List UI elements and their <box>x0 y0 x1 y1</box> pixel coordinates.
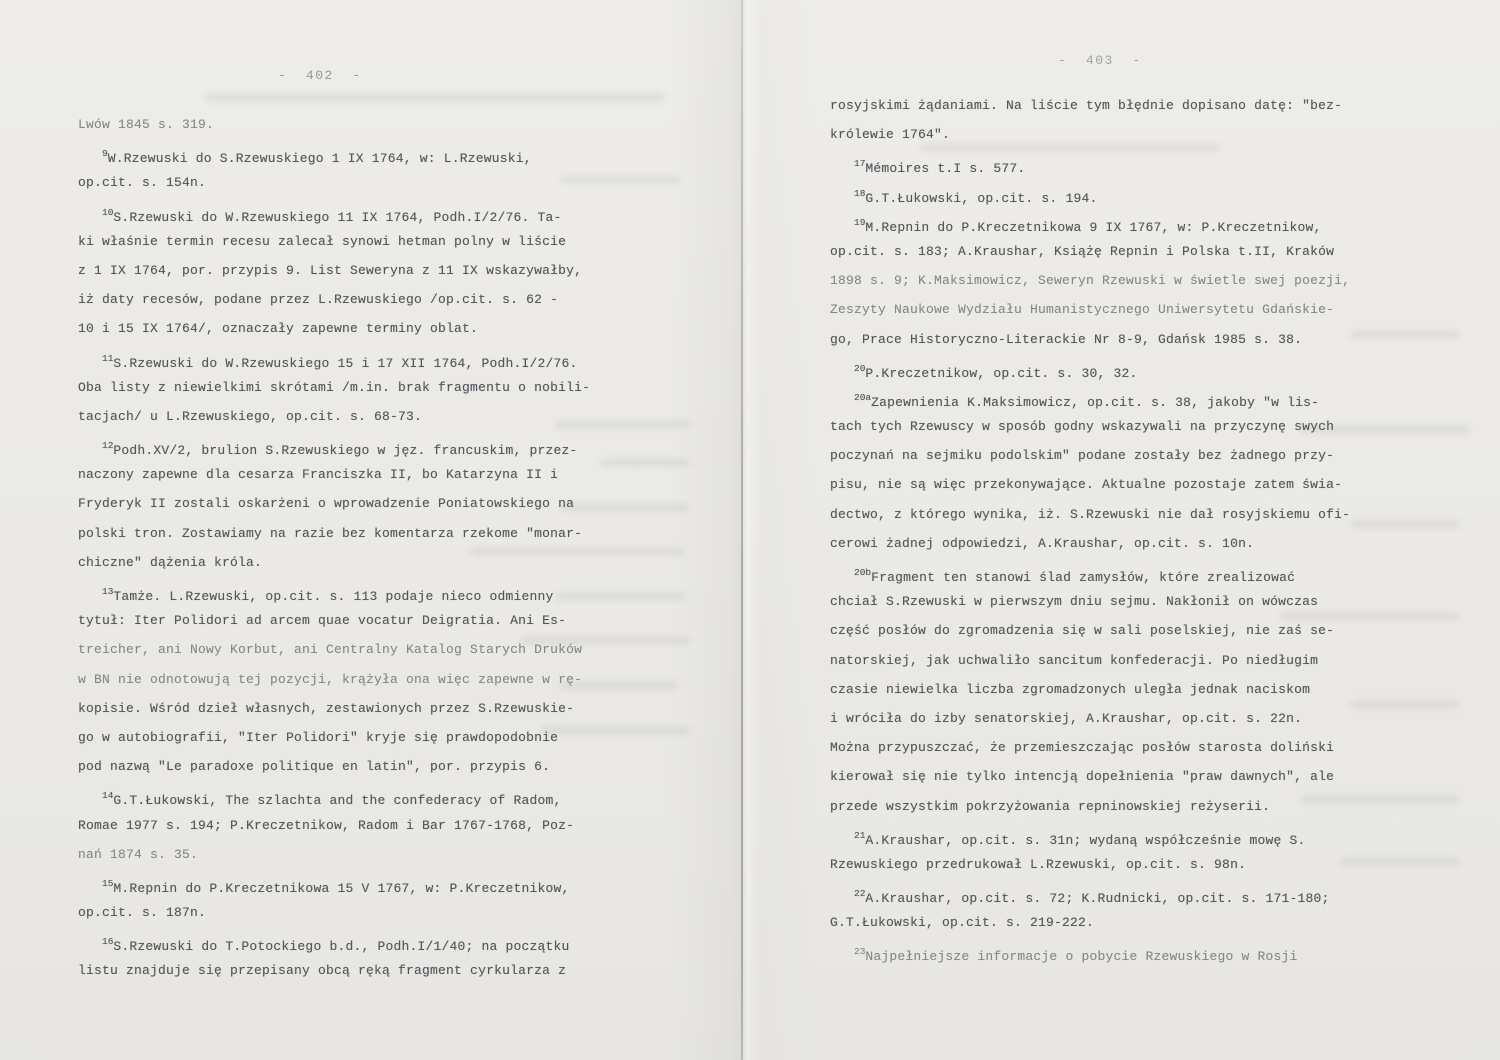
text-line: Można przypuszczać, że przemieszczając p… <box>830 733 1350 762</box>
text-line: 21A.Kraushar, op.cit. s. 31n; wydaną wsp… <box>830 821 1350 850</box>
text-line: Lwów 1845 s. 319. <box>78 110 590 139</box>
line-text: M.Repnin do P.Kreczetnikowa 15 V 1767, w… <box>113 881 569 896</box>
text-line: 15M.Repnin do P.Kreczetnikowa 15 V 1767,… <box>78 869 590 898</box>
line-text: op.cit. s. 187n. <box>78 905 206 920</box>
bleedthrough-smudge <box>1340 857 1460 866</box>
line-text: dectwo, z którego wynika, iż. S.Rzewuski… <box>830 507 1350 522</box>
line-text: tytuł: Iter Polidori ad arcem quae vocat… <box>78 613 566 628</box>
line-text: kopisie. Wśród dzieł własnych, zestawion… <box>78 701 574 716</box>
line-text: przede wszystkim pokrzyżowania repninows… <box>830 799 1270 814</box>
line-text: chiczne" dążenia króla. <box>78 555 262 570</box>
footnote-number: 20 <box>854 363 865 374</box>
text-line: 14G.T.Łukowski, The szlachta and the con… <box>78 781 590 810</box>
text-line: tach tych Rzewuscy w sposób godny wskazy… <box>830 412 1350 441</box>
line-text: Lwów 1845 s. 319. <box>78 117 214 132</box>
text-line: 20P.Kreczetnikow, op.cit. s. 30, 32. <box>830 354 1350 383</box>
line-text: M.Repnin do P.Kreczetnikowa 9 IX 1767, w… <box>865 220 1321 235</box>
text-line: op.cit. s. 187n. <box>78 898 590 927</box>
text-line: nań 1874 s. 35. <box>78 840 590 869</box>
page-fold-line <box>741 0 743 1060</box>
footnote-number: 23 <box>854 946 865 957</box>
book-scan: - 402 - - 403 - Lwów 1845 s. 319.9W.Rzew… <box>0 0 1500 1060</box>
text-line: pisu, nie są więc przekonywające. Aktual… <box>830 470 1350 499</box>
line-text: Podh.XV/2, brulion S.Rzewuskiego w jęz. … <box>113 443 577 458</box>
line-text: S.Rzewuski do T.Potockiego b.d., Podh.I/… <box>113 939 569 954</box>
line-text: 10 i 15 IX 1764/, oznaczały zapewne term… <box>78 321 478 336</box>
line-text: ki właśnie termin recesu zalecał synowi … <box>78 234 566 249</box>
bleedthrough-smudge <box>1350 330 1460 339</box>
line-text: Zapewnienia K.Maksimowicz, op.cit. s. 38… <box>871 395 1319 410</box>
text-line: 19M.Repnin do P.Kreczetnikowa 9 IX 1767,… <box>830 208 1350 237</box>
line-text: op.cit. s. 154n. <box>78 175 206 190</box>
footnote-number: 17 <box>854 158 865 169</box>
footnote-number: 11 <box>102 353 113 364</box>
text-line: naczony zapewne dla cesarza Franciszka I… <box>78 460 590 489</box>
footnote-number: 12 <box>102 440 113 451</box>
line-text: S.Rzewuski do W.Rzewuskiego 15 i 17 XII … <box>113 356 577 371</box>
line-text: A.Kraushar, op.cit. s. 72; K.Rudnicki, o… <box>865 891 1329 906</box>
footnote-number: 20b <box>854 567 871 578</box>
line-text: chciał S.Rzewuski w pierwszym dniu sejmu… <box>830 594 1318 609</box>
line-text: królewie 1764". <box>830 127 950 142</box>
text-line: poczynań na sejmiku podolskim" podane zo… <box>830 441 1350 470</box>
line-text: 1898 s. 9; K.Maksimowicz, Seweryn Rzewus… <box>830 273 1350 288</box>
line-text: Mémoires t.I s. 577. <box>865 161 1025 176</box>
line-text: pod nazwą "Le paradoxe politique en lati… <box>78 759 550 774</box>
text-line: op.cit. s. 154n. <box>78 168 590 197</box>
line-text: Rzewuskiego przedrukował L.Rzewuski, op.… <box>830 857 1246 872</box>
text-line: G.T.Łukowski, op.cit. s. 219-222. <box>830 908 1350 937</box>
text-line: 23Najpełniejsze informacje o pobycie Rze… <box>830 937 1350 966</box>
line-text: go w autobiografii, "Iter Polidori" kryj… <box>78 730 558 745</box>
text-line: cerowi żadnej odpowiedzi, A.Kraushar, op… <box>830 529 1350 558</box>
line-text: A.Kraushar, op.cit. s. 31n; wydaną współ… <box>865 833 1305 848</box>
bleedthrough-smudge <box>1350 700 1460 709</box>
text-line: 20bFragment ten stanowi ślad zamysłów, k… <box>830 558 1350 587</box>
text-line: pod nazwą "Le paradoxe politique en lati… <box>78 752 590 781</box>
text-line: królewie 1764". <box>830 120 1350 149</box>
line-text: S.Rzewuski do W.Rzewuskiego 11 IX 1764, … <box>113 210 561 225</box>
line-text: nań 1874 s. 35. <box>78 847 198 862</box>
line-text: naczony zapewne dla cesarza Franciszka I… <box>78 467 558 482</box>
line-text: w BN nie odnotowują tej pozycji, krążyła… <box>78 672 582 687</box>
text-line: 1898 s. 9; K.Maksimowicz, Seweryn Rzewus… <box>830 266 1350 295</box>
line-text: Najpełniejsze informacje o pobycie Rzewu… <box>865 949 1297 964</box>
line-text: Zeszyty Naukowe Wydziału Humanistycznego… <box>830 302 1334 317</box>
text-line: Oba listy z niewielkimi skrótami /m.in. … <box>78 373 590 402</box>
text-line: dectwo, z którego wynika, iż. S.Rzewuski… <box>830 500 1350 529</box>
line-text: Fragment ten stanowi ślad zamysłów, któr… <box>871 570 1295 585</box>
text-line: 10 i 15 IX 1764/, oznaczały zapewne term… <box>78 314 590 343</box>
text-line: treicher, ani Nowy Korbut, ani Centralny… <box>78 635 590 664</box>
line-text: tach tych Rzewuscy w sposób godny wskazy… <box>830 419 1334 434</box>
text-line: czasie niewielka liczba zgromadzonych ul… <box>830 675 1350 704</box>
line-text: tacjach/ u L.Rzewuskiego, op.cit. s. 68-… <box>78 409 422 424</box>
right-page-text-block: rosyjskimi żądaniami. Na liście tym błęd… <box>830 91 1350 967</box>
line-text: G.T.Łukowski, The szlachta and the confe… <box>113 793 561 808</box>
line-text: G.T.Łukowski, op.cit. s. 194. <box>865 191 1097 206</box>
line-text: polski tron. Zostawiamy na razie bez kom… <box>78 526 582 541</box>
text-line: polski tron. Zostawiamy na razie bez kom… <box>78 519 590 548</box>
text-line: natorskiej, jak uchwaliło sancitum konfe… <box>830 646 1350 675</box>
text-line: Fryderyk II zostali oskarżeni o wprowadz… <box>78 489 590 518</box>
text-line: go w autobiografii, "Iter Polidori" kryj… <box>78 723 590 752</box>
page-number-right: - 403 - <box>1058 53 1142 68</box>
text-line: 20aZapewnienia K.Maksimowicz, op.cit. s.… <box>830 383 1350 412</box>
line-text: natorskiej, jak uchwaliło sancitum konfe… <box>830 653 1318 668</box>
line-text: Można przypuszczać, że przemieszczając p… <box>830 740 1334 755</box>
text-line: 11S.Rzewuski do W.Rzewuskiego 15 i 17 XI… <box>78 344 590 373</box>
line-text: kierował się nie tylko intencją dopełnie… <box>830 769 1334 784</box>
text-line: iż daty recesów, podane przez L.Rzewuski… <box>78 285 590 314</box>
line-text: cerowi żadnej odpowiedzi, A.Kraushar, op… <box>830 536 1254 551</box>
text-line: przede wszystkim pokrzyżowania repninows… <box>830 792 1350 821</box>
line-text: Romae 1977 s. 194; P.Kreczetnikow, Radom… <box>78 818 574 833</box>
line-text: go, Prace Historyczno-Literackie Nr 8-9,… <box>830 332 1302 347</box>
line-text: treicher, ani Nowy Korbut, ani Centralny… <box>78 642 582 657</box>
line-text: pisu, nie są więc przekonywające. Aktual… <box>830 477 1342 492</box>
page-number-left: - 402 - <box>278 68 362 83</box>
footnote-number: 19 <box>854 217 865 228</box>
text-line: Romae 1977 s. 194; P.Kreczetnikow, Radom… <box>78 811 590 840</box>
text-line: 13Tamże. L.Rzewuski, op.cit. s. 113 poda… <box>78 577 590 606</box>
footnote-number: 18 <box>854 188 865 199</box>
line-text: rosyjskimi żądaniami. Na liście tym błęd… <box>830 98 1342 113</box>
text-line: i wróciła do izby senatorskiej, A.Kraush… <box>830 704 1350 733</box>
line-text: część posłów do zgromadzenia się w sali … <box>830 623 1334 638</box>
text-line: rosyjskimi żądaniami. Na liście tym błęd… <box>830 91 1350 120</box>
text-line: część posłów do zgromadzenia się w sali … <box>830 616 1350 645</box>
text-line: chciał S.Rzewuski w pierwszym dniu sejmu… <box>830 587 1350 616</box>
line-text: poczynań na sejmiku podolskim" podane zo… <box>830 448 1334 463</box>
text-line: kierował się nie tylko intencją dopełnie… <box>830 762 1350 791</box>
footnote-number: 20a <box>854 392 871 403</box>
line-text: czasie niewielka liczba zgromadzonych ul… <box>830 682 1310 697</box>
line-text: iż daty recesów, podane przez L.Rzewuski… <box>78 292 558 307</box>
text-line: 22A.Kraushar, op.cit. s. 72; K.Rudnicki,… <box>830 879 1350 908</box>
left-page-text-block: Lwów 1845 s. 319.9W.Rzewuski do S.Rzewus… <box>78 110 590 986</box>
text-line: kopisie. Wśród dzieł własnych, zestawion… <box>78 694 590 723</box>
line-text: i wróciła do izby senatorskiej, A.Kraush… <box>830 711 1302 726</box>
text-line: go, Prace Historyczno-Literackie Nr 8-9,… <box>830 325 1350 354</box>
text-line: z 1 IX 1764, por. przypis 9. List Sewery… <box>78 256 590 285</box>
text-line: listu znajduje się przepisany obcą ręką … <box>78 956 590 985</box>
footnote-number: 14 <box>102 790 113 801</box>
text-line: w BN nie odnotowują tej pozycji, krążyła… <box>78 665 590 694</box>
line-text: Tamże. L.Rzewuski, op.cit. s. 113 podaje… <box>113 589 553 604</box>
line-text: Oba listy z niewielkimi skrótami /m.in. … <box>78 380 590 395</box>
text-line: tacjach/ u L.Rzewuskiego, op.cit. s. 68-… <box>78 402 590 431</box>
text-line: 16S.Rzewuski do T.Potockiego b.d., Podh.… <box>78 927 590 956</box>
line-text: z 1 IX 1764, por. przypis 9. List Sewery… <box>78 263 582 278</box>
text-line: 12Podh.XV/2, brulion S.Rzewuskiego w jęz… <box>78 431 590 460</box>
footnote-number: 21 <box>854 830 865 841</box>
footnote-number: 15 <box>102 878 113 889</box>
bleedthrough-smudge <box>1350 520 1460 529</box>
text-line: Zeszyty Naukowe Wydziału Humanistycznego… <box>830 295 1350 324</box>
text-line: ki właśnie termin recesu zalecał synowi … <box>78 227 590 256</box>
text-line: 17Mémoires t.I s. 577. <box>830 149 1350 178</box>
text-line: chiczne" dążenia króla. <box>78 548 590 577</box>
line-text: Fryderyk II zostali oskarżeni o wprowadz… <box>78 496 574 511</box>
text-line: 18G.T.Łukowski, op.cit. s. 194. <box>830 179 1350 208</box>
footnote-number: 10 <box>102 207 113 218</box>
line-text: op.cit. s. 183; A.Kraushar, Książę Repni… <box>830 244 1334 259</box>
text-line: Rzewuskiego przedrukował L.Rzewuski, op.… <box>830 850 1350 879</box>
text-line: tytuł: Iter Polidori ad arcem quae vocat… <box>78 606 590 635</box>
footnote-number: 22 <box>854 888 865 899</box>
text-line: 10S.Rzewuski do W.Rzewuskiego 11 IX 1764… <box>78 198 590 227</box>
text-line: 9W.Rzewuski do S.Rzewuskiego 1 IX 1764, … <box>78 139 590 168</box>
bleedthrough-smudge <box>205 93 665 102</box>
line-text: listu znajduje się przepisany obcą ręką … <box>78 963 566 978</box>
line-text: W.Rzewuski do S.Rzewuskiego 1 IX 1764, w… <box>108 151 532 166</box>
page-gutter-shadow <box>668 0 818 1060</box>
line-text: G.T.Łukowski, op.cit. s. 219-222. <box>830 915 1094 930</box>
footnote-number: 16 <box>102 936 113 947</box>
text-line: op.cit. s. 183; A.Kraushar, Książę Repni… <box>830 237 1350 266</box>
footnote-number: 13 <box>102 586 113 597</box>
line-text: P.Kreczetnikow, op.cit. s. 30, 32. <box>865 366 1137 381</box>
